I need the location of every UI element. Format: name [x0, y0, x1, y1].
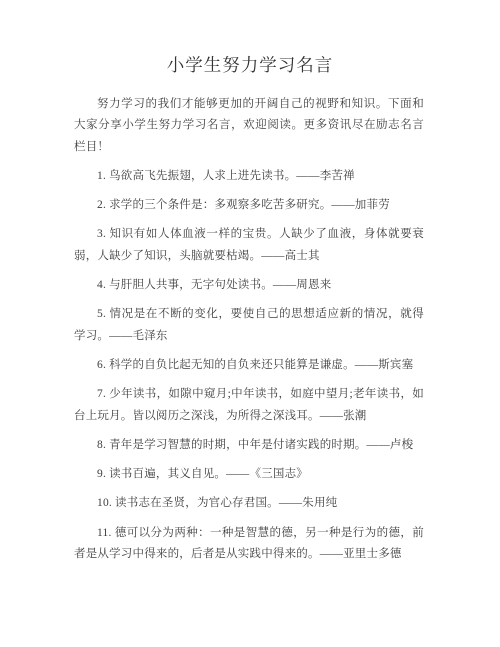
- quote-paragraph-4: 4. 与肝胆人共事，无字句处读书。——周恩来: [74, 275, 424, 296]
- quote-paragraph-8: 8. 青年是学习智慧的时期，中年是付诸实践的时期。——卢梭: [74, 435, 424, 456]
- quote-paragraph-6: 6. 科学的自负比起无知的自负来还只能算是谦虚。——斯宾塞: [74, 355, 424, 376]
- quote-paragraph-11: 11. 德可以分为两种：一种是智慧的德，另一种是行为的德，前者是从学习中得来的，…: [74, 523, 424, 566]
- document-body: 努力学习的我们才能够更加的开阔自己的视野和知识。下面和大家分享小学生努力学习名言…: [74, 94, 424, 573]
- document-page: 小学生努力学习名言 努力学习的我们才能够更加的开阔自己的视野和知识。下面和大家分…: [0, 0, 500, 647]
- quote-paragraph-9: 9. 读书百遍，其义自见。——《三国志》: [74, 464, 424, 485]
- quote-paragraph-1: 1. 鸟欲高飞先振翅，人求上进先读书。——李苦禅: [74, 166, 424, 187]
- document-title: 小学生努力学习名言: [0, 52, 500, 78]
- quote-paragraph-7: 7. 少年读书，如隙中窥月;中年读书，如庭中望月;老年读书，如台上玩月。皆以阅历…: [74, 384, 424, 427]
- quote-paragraph-5: 5. 情况是在不断的变化，要使自己的思想适应新的情况，就得学习。——毛泽东: [74, 304, 424, 347]
- intro-paragraph: 努力学习的我们才能够更加的开阔自己的视野和知识。下面和大家分享小学生努力学习名言…: [74, 94, 424, 158]
- quote-paragraph-3: 3. 知识有如人体血液一样的宝贵。人缺少了血液，身体就要衰弱，人缺少了知识，头脑…: [74, 224, 424, 267]
- quote-paragraph-10: 10. 读书志在圣贤，为官心存君国。——朱用纯: [74, 493, 424, 514]
- quote-paragraph-2: 2. 求学的三个条件是：多观察多吃苦多研究。——加菲劳: [74, 195, 424, 216]
